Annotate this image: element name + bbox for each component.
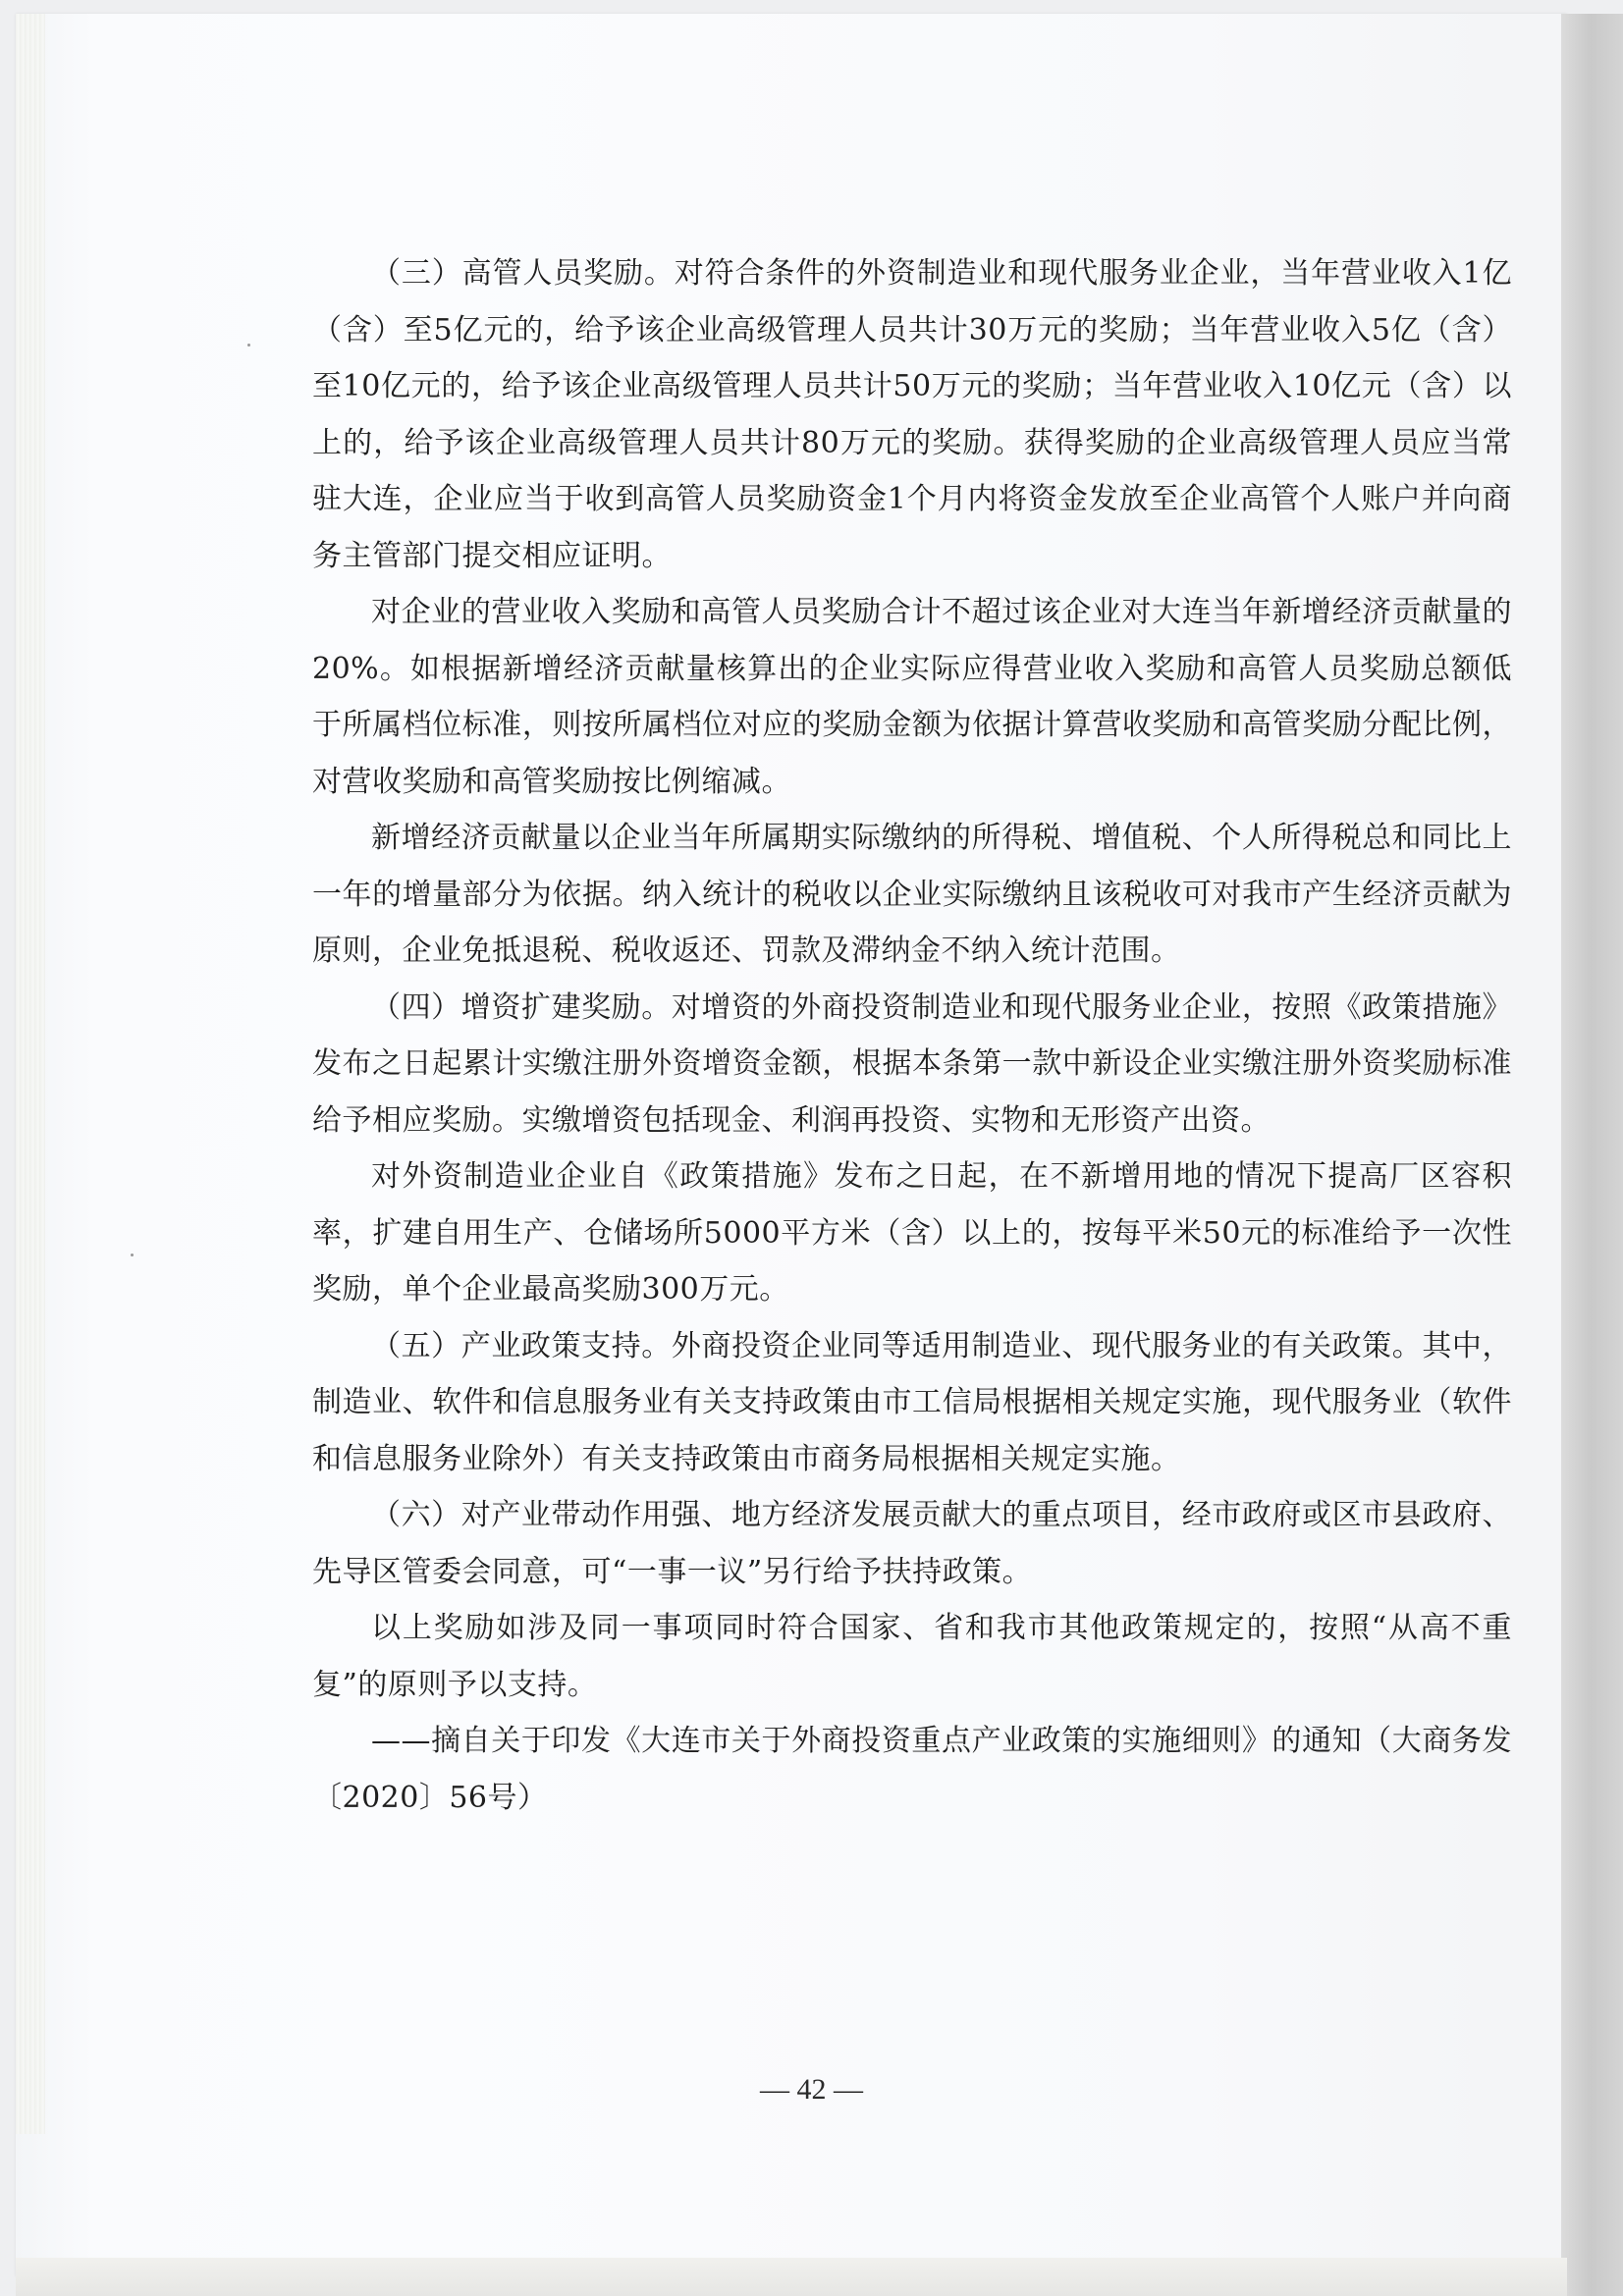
source-citation: ——摘自关于印发《大连市关于外商投资重点产业政策的实施细则》的通知（大商务发〔2… xyxy=(312,1713,1512,1826)
scan-speck xyxy=(247,344,250,347)
scanner-bottom-strip xyxy=(16,2258,1567,2296)
paragraph-executive-reward: （三）高管人员奖励。对符合条件的外资制造业和现代服务业企业，当年营业收入1亿（含… xyxy=(312,245,1512,584)
page-stack-edge xyxy=(16,14,45,2134)
page-number: — 42 — xyxy=(0,2073,1623,2107)
paragraph-no-duplication: 以上奖励如涉及同一事项同时符合国家、省和我市其他政策规定的，按照“从高不重复”的… xyxy=(312,1600,1512,1713)
paragraph-reward-cap: 对企业的营业收入奖励和高管人员奖励合计不超过该企业对大连当年新增经济贡献量的20… xyxy=(312,584,1512,810)
paragraph-economic-contribution: 新增经济贡献量以企业当年所属期实际缴纳的所得税、增值税、个人所得税总和同比上一年… xyxy=(312,810,1512,980)
paragraph-capital-increase-reward: （四）增资扩建奖励。对增资的外商投资制造业和现代服务业企业，按照《政策措施》发布… xyxy=(312,980,1512,1149)
scan-speck xyxy=(131,1254,134,1256)
paragraph-expansion-reward: 对外资制造业企业自《政策措施》发布之日起，在不新增用地的情况下提高厂区容积率，扩… xyxy=(312,1148,1512,1318)
document-body: （三）高管人员奖励。对符合条件的外资制造业和现代服务业企业，当年营业收入1亿（含… xyxy=(312,245,1512,1826)
paragraph-key-projects: （六）对产业带动作用强、地方经济发展贡献大的重点项目，经市政府或区市县政府、先导… xyxy=(312,1487,1512,1600)
paragraph-industry-policy: （五）产业政策支持。外商投资企业同等适用制造业、现代服务业的有关政策。其中，制造… xyxy=(312,1318,1512,1488)
scanner-right-shadow xyxy=(1561,14,1623,2296)
